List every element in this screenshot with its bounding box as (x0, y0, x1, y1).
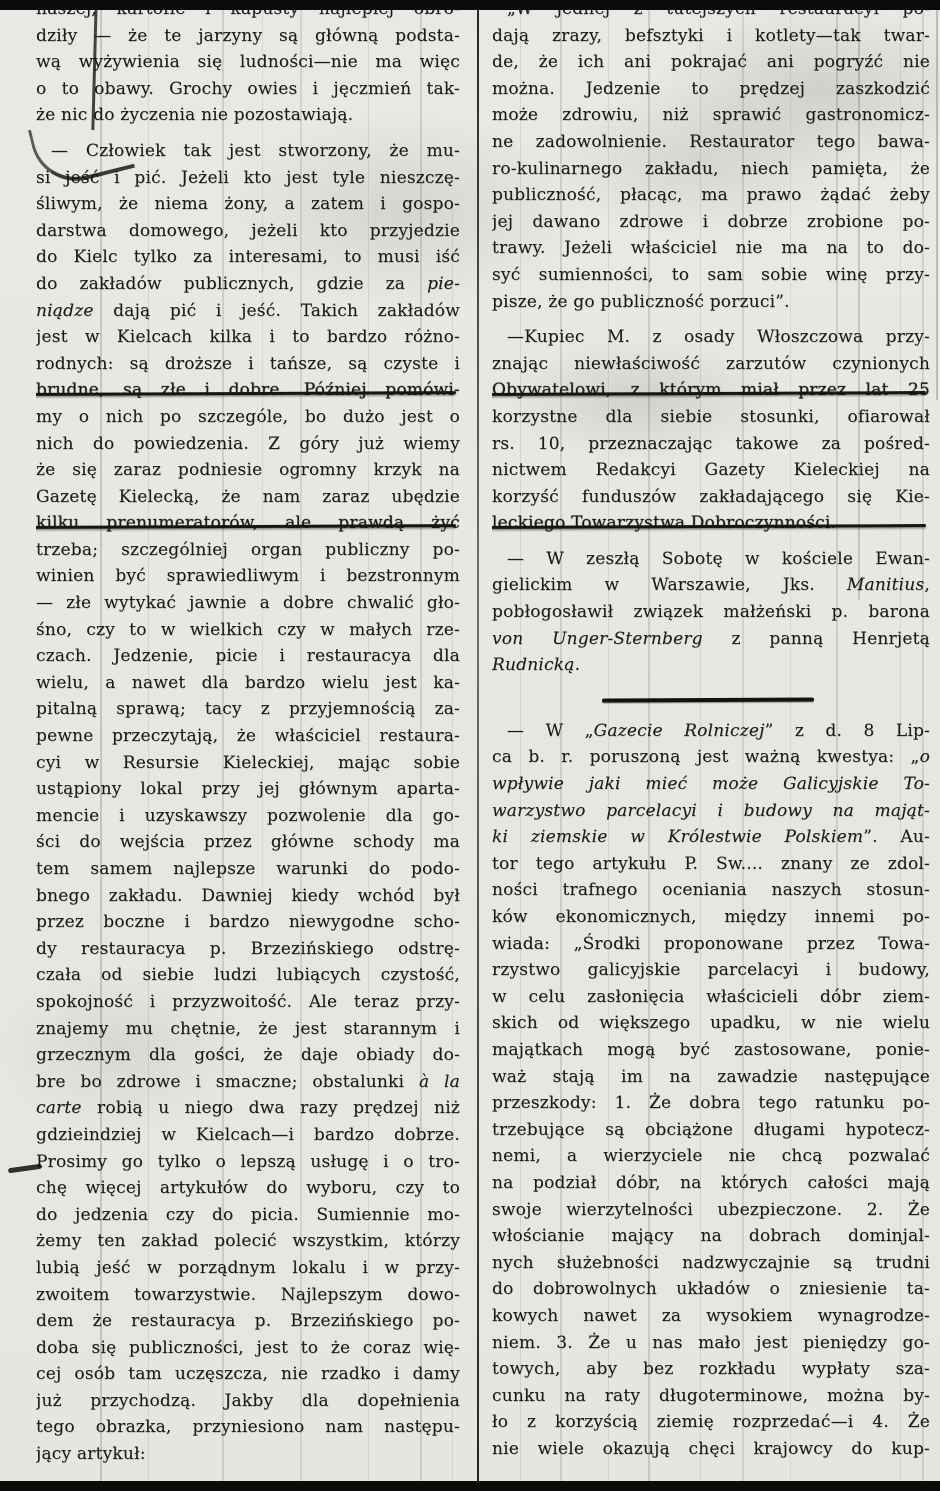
text-line: mencie i uzyskawszy pozwolenie dla go- (36, 803, 460, 830)
text-line: Prosimy go tylko o lepszą usługę i o tro… (36, 1149, 460, 1176)
text-line: leckiego Towarzystwa Dobroczynności. (492, 510, 930, 537)
text-line: że nic do życzenia nie pozostawiają. (36, 102, 460, 129)
text-line: niądze dają pić i jeść. Takich zakładów (36, 298, 460, 325)
text-line: nemi, a wierzyciele nie chcą pozwalać (492, 1143, 930, 1170)
text-line: bre bo zdrowe i smaczne; obstalunki à la (36, 1069, 460, 1096)
text-line: przez boczne i bardzo niewygodne scho- (36, 909, 460, 936)
column-left: naszej, kartofle i kapusty najlepiej obr… (36, 0, 460, 1468)
text-line: jący artykuł: (36, 1441, 460, 1468)
text-line: trzebujące są obciążone długami hypotecz… (492, 1117, 930, 1144)
text-line: cej osób tam uczęszcza, nie rzadko i dam… (36, 1361, 460, 1388)
text-line: warzystwo parcelacyi i budowy na mająt- (492, 798, 930, 825)
text-line: doba się publiczności, jest to że coraz … (36, 1335, 460, 1362)
text-line: trawy. Jeżeli właściciel nie ma na to do… (492, 235, 930, 262)
text-line: ca b. r. poruszoną jest ważną kwestya: „… (492, 744, 930, 771)
top-edge-bar (0, 0, 940, 10)
text-line: Gazetę Kielecką, że nam zaraz ubędzie (36, 484, 460, 511)
text-line: brudne, są złe i dobre. Później pomówi- (36, 377, 460, 404)
text-line: nictwem Redakcyi Gazety Kieleckiej na (492, 457, 930, 484)
text-line: my o nich po szczególe, bo dużo jest o (36, 404, 460, 431)
text-line: skich od większego upadku, w nie wielu (492, 1010, 930, 1037)
text-line: — W „Gazecie Rolniczej” z d. 8 Lip- (492, 718, 930, 745)
text-line: do zakładów publicznych, gdzie za pie- (36, 271, 460, 298)
text-line: ności trafnego oceniania naszych stosun- (492, 877, 930, 904)
text-line: pitalną sprawą; tacy z przyjemnością za- (36, 696, 460, 723)
text-line: dem że restauracya p. Brzezińskiego po- (36, 1308, 460, 1335)
text-line: chę więcej artykułów do wyboru, czy to (36, 1175, 460, 1202)
text-line: bnego zakładu. Dawniej kiedy wchód był (36, 883, 460, 910)
text-line: kilku prenumeratorów, ale prawdą żyć (36, 510, 460, 537)
text-line: carte robią u niego dwa razy prędzej niż (36, 1095, 460, 1122)
text-line: pisze, że go publiczność porzuci”. (492, 289, 930, 316)
text-line: ustąpiony lokal przy jej głównym aparta- (36, 776, 460, 803)
paragraph: — W „Gazecie Rolniczej” z d. 8 Lip-ca b.… (492, 718, 930, 1463)
text-line: przeszkody: 1. Że dobra tego ratunku po- (492, 1090, 930, 1117)
text-line: waż stają im na zawadzie następujące (492, 1064, 930, 1091)
text-line: do Kielc tylko za interesami, to musi iś… (36, 244, 460, 271)
text-line: wiada: „Środki proponowane przez Towa- (492, 931, 930, 958)
text-line: ro-kulinarnego zakładu, niech pamięta, ż… (492, 156, 930, 183)
text-line: śno, czy to w wielkich czy w małych rze- (36, 617, 460, 644)
text-line: rzystwo galicyjskie parcelacyi i budowy, (492, 957, 930, 984)
text-line: wpływie jaki mieć może Galicyjskie To- (492, 771, 930, 798)
text-line: rs. 10, przeznaczając takowe za pośred- (492, 431, 930, 458)
text-line: spokojność i przyzwoitość. Ale teraz prz… (36, 989, 460, 1016)
text-line: nych służebności nadzwyczajnie są trudni (492, 1250, 930, 1277)
text-line: niem. 3. Że u nas mało jest pieniędzy go… (492, 1330, 930, 1357)
text-line: ło z korzyścią ziemię rozprzedać—i 4. Że (492, 1409, 930, 1436)
text-line: korzyść funduszów zakładającego się Kie- (492, 484, 930, 511)
text-line: że się zaraz podniesie ogromny krzyk na (36, 457, 460, 484)
text-line: zwoitem towarzystwie. Najlepszym dowo- (36, 1282, 460, 1309)
text-line: nich do powiedzenia. Z góry już wiemy (36, 431, 460, 458)
section-divider-rule (602, 697, 814, 702)
text-line: — złe wytykać jawnie a dobre chwalić gło… (36, 590, 460, 617)
text-line: korzystne dla siebie stosunki, ofiarował (492, 404, 930, 431)
text-line: dają zrazy, befsztyki i kotlety—tak twar… (492, 23, 930, 50)
column-right: „W jednej z tutejszych restauracyi po-da… (492, 0, 930, 1462)
text-line: na podział dóbr, na których całości mają (492, 1170, 930, 1197)
text-line: grzecznym dla gości, że daje obiady do- (36, 1042, 460, 1069)
text-line: Rudnicką. (492, 652, 930, 679)
text-line: o to obawy. Grochy owies i jęczmień tak- (36, 76, 460, 103)
text-line: — Człowiek tak jest stworzony, że mu- (36, 138, 460, 165)
text-line: czach. Jedzenie, picie i restauracya dla (36, 643, 460, 670)
text-line: śliwym, że niema żony, a zatem i gospo- (36, 191, 460, 218)
text-line: swoje wierzytelności ubezpieczone. 2. Że (492, 1197, 930, 1224)
paragraph: — Człowiek tak jest stworzony, że mu-si … (36, 138, 460, 1468)
text-line: rodnych: są droższe i tańsze, są czyste … (36, 351, 460, 378)
text-line: gdzieindziej w Kielcach—i bardzo dobrze. (36, 1122, 460, 1149)
text-line: wielu, a nawet dla bardzo wielu jest ka- (36, 670, 460, 697)
paragraph: — W zeszłą Sobotę w kościele Ewan-gielic… (492, 546, 930, 679)
text-line: już przychodzą. Jakby dla dopełnienia (36, 1388, 460, 1415)
text-line: ki ziemskie w Królestwie Polskiem”. Au- (492, 824, 930, 851)
text-line: nie wiele okazują chęci krajowcy do kup- (492, 1436, 930, 1463)
text-line: —Kupiec M. z osady Włoszczowa przy- (492, 324, 930, 351)
text-line: do dobrowolnych układów o zniesienie ta- (492, 1276, 930, 1303)
text-line: czała od siebie ludzi lubiących czystość… (36, 962, 460, 989)
text-line: ne zadowolnienie. Restaurator tego bawa- (492, 129, 930, 156)
text-line: darstwa domowego, jeżeli kto przyjedzie (36, 218, 460, 245)
scanned-newspaper-page: naszej, kartofle i kapusty najlepiej obr… (0, 0, 940, 1491)
text-line: ków ekonomicznych, między innemi po- (492, 904, 930, 931)
text-line: żemy ten zakład polecić wszystkim, którz… (36, 1228, 460, 1255)
text-line: dy restauracya p. Brzezińskiego odstrę- (36, 936, 460, 963)
text-line: cyi w Resursie Kieleckiej, mając sobie (36, 750, 460, 777)
text-line: von Unger-Sternberg z panną Henrjetą (492, 626, 930, 653)
text-line: Obywatelowi, z którym miał przez lat 25 (492, 377, 930, 404)
text-line: publiczność, płacąc, ma prawo żądać żeby (492, 182, 930, 209)
text-line: ści do wejścia przez główne schody ma (36, 829, 460, 856)
text-line: do jedzenia czy do picia. Sumiennie mo- (36, 1202, 460, 1229)
text-line: znając niewłaściwość zarzutów czynionych (492, 351, 930, 378)
text-line: tem samem najlepsze warunki do podo- (36, 856, 460, 883)
text-line: — W zeszłą Sobotę w kościele Ewan- (492, 546, 930, 573)
text-line: pobłogosławił związek małżeński p. baron… (492, 599, 930, 626)
text-line: wą wyżywienia się ludności—nie ma więc (36, 49, 460, 76)
text-line: majątkach mogą być zastosowane, ponie- (492, 1037, 930, 1064)
paragraph: „W jednej z tutejszych restauracyi po-da… (492, 0, 930, 315)
text-line: cunku na raty długoterminowe, można by- (492, 1383, 930, 1410)
paragraph: —Kupiec M. z osady Włoszczowa przy-znają… (492, 324, 930, 537)
text-line: włościanie mający na dobrach dominjal- (492, 1223, 930, 1250)
text-line: znajemy mu chętnie, że jest starannym i (36, 1016, 460, 1043)
text-line: trzeba; szczególniej organ publiczny po- (36, 537, 460, 564)
text-line: tor tego artykułu P. Sw.... znany ze zdo… (492, 851, 930, 878)
text-line: syć sumienności, to sam sobie winę przy- (492, 262, 930, 289)
paragraph: naszej, kartofle i kapusty najlepiej obr… (36, 0, 460, 129)
text-line: dziły — że te jarzyny są główną podsta- (36, 23, 460, 50)
text-line: lubią jeść w porządnym lokalu i w przy- (36, 1255, 460, 1282)
text-line: winien być sprawiedliwym i bezstronnym (36, 563, 460, 590)
text-line: si jeść i pić. Jeżeli kto jest tyle nies… (36, 165, 460, 192)
text-line: tego obrazka, przyniesiono nam następu- (36, 1414, 460, 1441)
text-line: kowych nawet za wysokiem wynagrodze- (492, 1303, 930, 1330)
text-line: gielickim w Warszawie, Jks. Manitius, (492, 572, 930, 599)
text-line: jej dawano zdrowe i dobrze zrobione po- (492, 209, 930, 236)
text-line: jest w Kielcach kilka i to bardzo różno- (36, 324, 460, 351)
text-line: w celu zasłonięcia właścicieli dóbr ziem… (492, 984, 930, 1011)
text-line: pewne przeczytają, że właściciel restaur… (36, 723, 460, 750)
column-divider-rule (477, 0, 479, 1491)
text-line: można. Jedzenie to prędzej zaszkodzić (492, 76, 930, 103)
text-line: może zdrowiu, niż sprawić gastronomicz- (492, 102, 930, 129)
text-line: de, że ich ani pokrajać ani pogryźć nie (492, 49, 930, 76)
text-line: towych, aby bez rozkładu wypłaty sza- (492, 1356, 930, 1383)
bottom-edge-bar (0, 1481, 940, 1491)
